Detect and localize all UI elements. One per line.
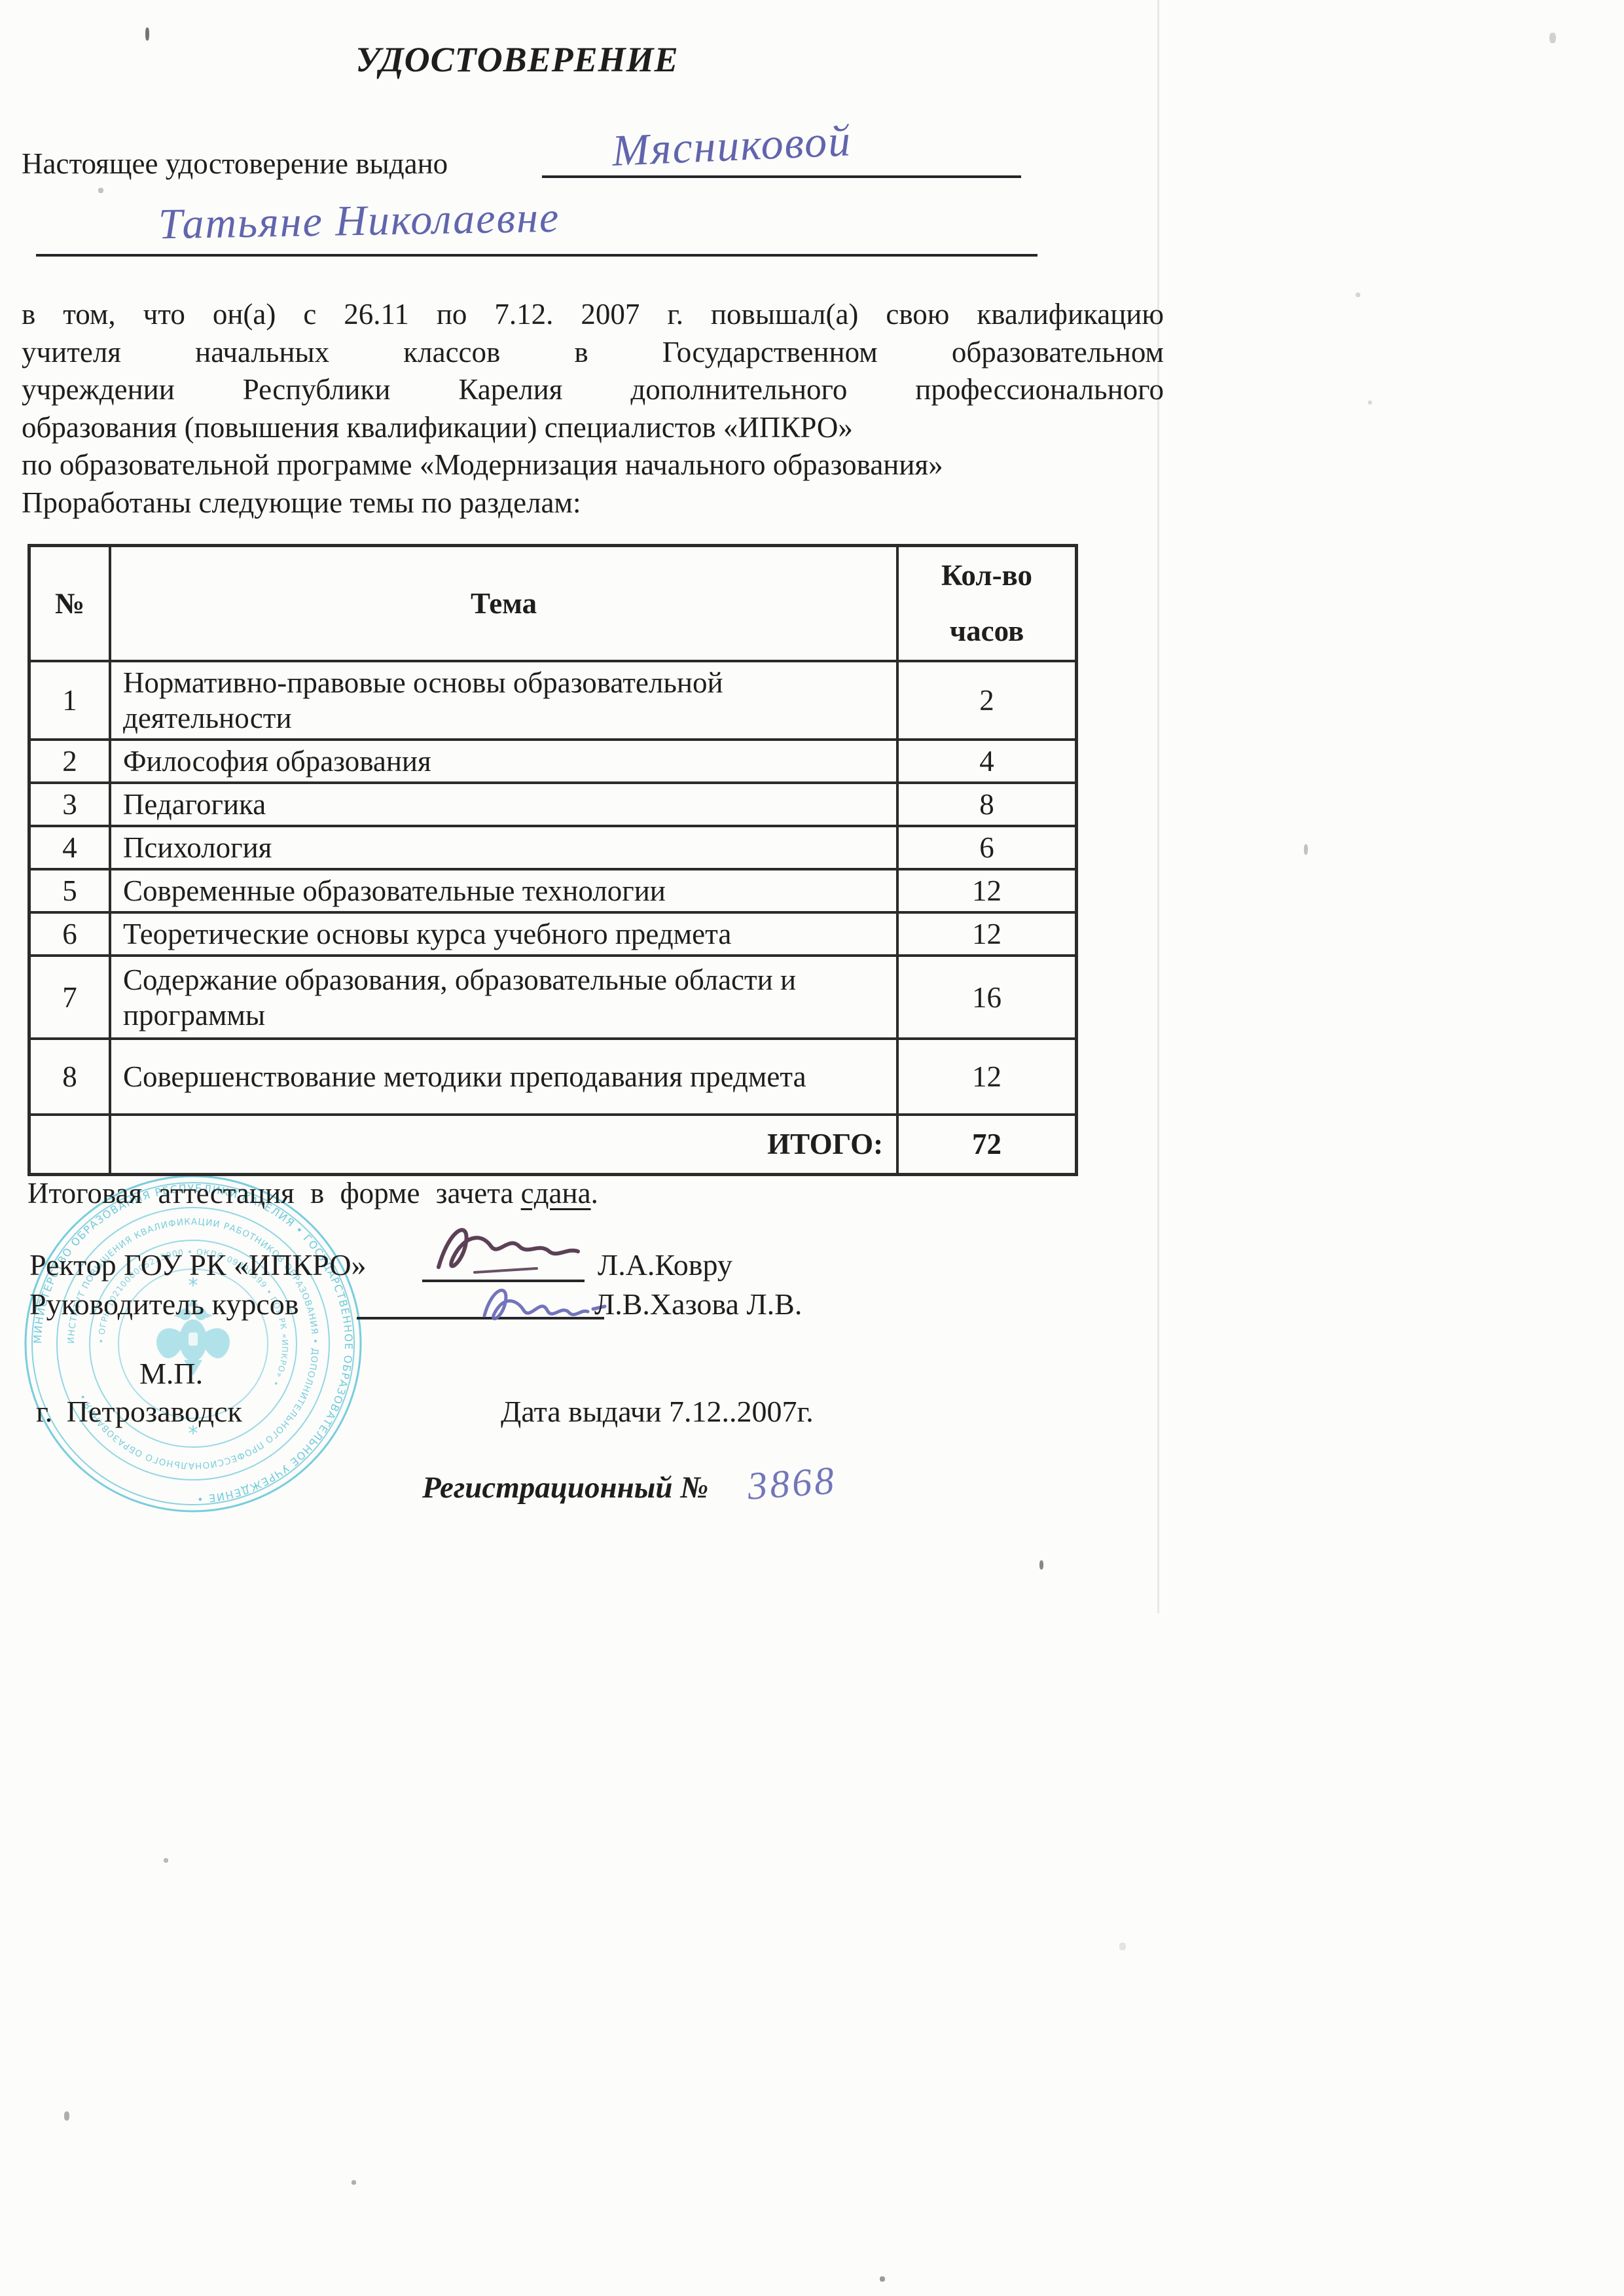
course-leader-label: Руководитель курсов — [29, 1287, 298, 1321]
total-label: ИТОГО: — [110, 1115, 897, 1174]
row-topic: Педагогика — [110, 783, 897, 826]
scan-speck — [64, 2111, 69, 2121]
recipient-name-handwritten: Татьяне Николаевне — [158, 193, 560, 250]
course-leader-name: Л.В.Хазова Л.В. — [594, 1287, 802, 1321]
registration-label: Регистрационный № — [422, 1470, 708, 1505]
table-row: 7 Содержание образования, образовательны… — [29, 956, 1077, 1039]
table-row: 5 Современные образовательные технологии… — [29, 869, 1077, 912]
attestation-line: Итоговая аттестация в форме зачета сдана… — [27, 1176, 598, 1210]
row-num: 3 — [29, 783, 110, 826]
row-num: 7 — [29, 956, 110, 1039]
row-hours: 6 — [897, 826, 1076, 869]
row-hours: 8 — [897, 783, 1076, 826]
row-hours: 12 — [897, 1039, 1076, 1115]
certificate-page: МИНИСТЕРСТВО ОБРАЗОВАНИЯ РЕСПУБЛИКИ КАРЕ… — [0, 0, 1624, 2296]
row-topic: Психология — [110, 826, 897, 869]
scan-speck — [1039, 1560, 1043, 1570]
rector-label: Ректор ГОУ РК «ИПКРО» — [29, 1247, 367, 1282]
seal-placeholder-label: М.П. — [139, 1356, 203, 1391]
row-hours: 12 — [897, 869, 1076, 912]
table-row: 6 Теоретические основы курса учебного пр… — [29, 912, 1077, 956]
recipient-surname-handwritten: Мясниковой — [611, 115, 852, 177]
table-header-row: № Тема Кол-во часов — [29, 546, 1077, 662]
header-hours-line2: часов — [899, 603, 1074, 659]
table-row: 3 Педагогика 8 — [29, 783, 1077, 826]
row-topic: Теоретические основы курса учебного пред… — [110, 912, 897, 956]
header-hours: Кол-во часов — [897, 546, 1076, 662]
scan-speck — [352, 2180, 356, 2185]
row-topic: Совершенствование методики преподавания … — [110, 1039, 897, 1115]
blank-line-2 — [36, 254, 1038, 257]
row-hours: 16 — [897, 956, 1076, 1039]
row-num: 6 — [29, 912, 110, 956]
row-num: 4 — [29, 826, 110, 869]
row-topic: Философия образования — [110, 740, 897, 783]
body-line: по образовательной программе «Модернизац… — [22, 446, 1164, 484]
body-paragraph: в том, что он(а) с 26.11 по 7.12. 2007 г… — [22, 296, 1164, 522]
row-topic: Современные образовательные технологии — [110, 869, 897, 912]
row-num: 8 — [29, 1039, 110, 1115]
rector-name: Л.А.Ковру — [598, 1247, 732, 1282]
city-label: г. Петрозаводск — [36, 1394, 242, 1429]
total-hours: 72 — [897, 1115, 1076, 1174]
scan-speck — [164, 1858, 168, 1863]
row-num: 5 — [29, 869, 110, 912]
row-hours: 4 — [897, 740, 1076, 783]
table-row: 1 Нормативно-правовые основы образовател… — [29, 661, 1077, 740]
table-row: 2 Философия образования 4 — [29, 740, 1077, 783]
body-line: Проработаны следующие темы по разделам: — [22, 484, 1164, 522]
header-num: № — [29, 546, 110, 662]
scan-speck — [1304, 844, 1308, 855]
scan-speck — [98, 188, 103, 193]
body-line: в том, что он(а) с 26.11 по 7.12. 2007 г… — [22, 296, 1164, 334]
row-hours: 2 — [897, 661, 1076, 740]
attestation-prefix: Итоговая аттестация в форме зачета — [27, 1177, 513, 1210]
body-line: образования (повышения квалификации) спе… — [22, 409, 1164, 447]
scan-crease — [1157, 0, 1159, 1613]
attestation-result: сдана — [521, 1177, 591, 1210]
header-topic: Тема — [110, 546, 897, 662]
body-line: учителя начальных классов в Государствен… — [22, 334, 1164, 372]
scan-speck — [1549, 33, 1556, 43]
topics-table: № Тема Кол-во часов 1 Нормативно-правовы… — [27, 544, 1078, 1176]
scan-speck — [880, 2276, 885, 2282]
row-topic: Содержание образования, образовательные … — [110, 956, 897, 1039]
table-total-row: ИТОГО: 72 — [29, 1115, 1077, 1174]
official-seal: МИНИСТЕРСТВО ОБРАЗОВАНИЯ РЕСПУБЛИКИ КАРЕ… — [20, 1170, 367, 1517]
registration-number-handwritten: 3868 — [746, 1458, 838, 1509]
scan-speck — [1368, 401, 1372, 404]
scan-speck — [1356, 293, 1360, 297]
header-hours-line1: Кол-во — [899, 548, 1074, 603]
course-leader-signature — [477, 1275, 611, 1334]
row-num: 2 — [29, 740, 110, 783]
table-row: 8 Совершенствование методики преподавани… — [29, 1039, 1077, 1115]
row-topic: Нормативно-правовые основы образовательн… — [110, 661, 897, 740]
table-row: 4 Психология 6 — [29, 826, 1077, 869]
scan-speck — [1119, 1943, 1126, 1950]
body-line: учреждении Республики Карелия дополнител… — [22, 371, 1164, 409]
row-num: 1 — [29, 661, 110, 740]
page-title: УДОСТОВЕРЕНИЕ — [275, 39, 759, 80]
row-hours: 12 — [897, 912, 1076, 956]
issued-to-label: Настоящее удостоверение выдано — [22, 147, 448, 181]
total-empty-cell — [29, 1115, 110, 1174]
issue-date-label: Дата выдачи 7.12..2007г. — [501, 1394, 814, 1429]
scan-speck — [145, 27, 149, 41]
attestation-period: . — [591, 1177, 598, 1210]
